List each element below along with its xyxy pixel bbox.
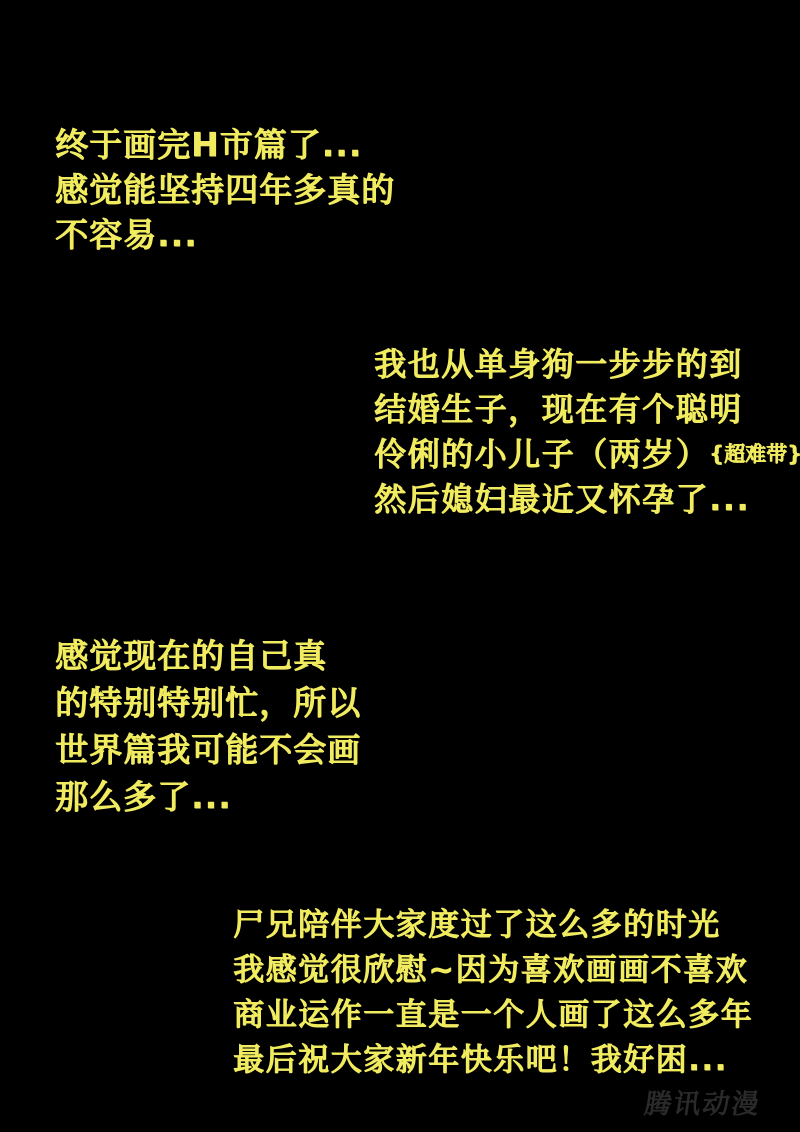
author-note-middle-left: 感觉现在的自己真 的特别特别忙，所以 世界篇我可能不会画 那么多了... <box>55 632 361 820</box>
author-note-middle-right: 我也从单身狗一步步的到 结婚生子，现在有个聪明 伶俐的小儿子（两岁）{超难带} … <box>374 342 800 522</box>
note-line: 尸兄陪伴大家度过了这么多的时光 <box>233 903 753 948</box>
note-line: 结婚生子，现在有个聪明 <box>374 387 800 432</box>
note-line-text: 伶俐的小儿子（两岁） <box>374 435 709 473</box>
note-line: 的特别特别忙，所以 <box>55 679 361 726</box>
note-line: 世界篇我可能不会画 <box>55 726 361 773</box>
publisher-watermark: 腾讯动漫 <box>642 1082 763 1121</box>
note-line: 伶俐的小儿子（两岁）{超难带} <box>374 432 800 477</box>
note-line: 商业运作一直是一个人画了这么多年 <box>233 993 753 1038</box>
note-line: 然后媳妇最近又怀孕了... <box>374 477 800 522</box>
author-note-top-left: 终于画完H市篇了... 感觉能坚持四年多真的 不容易... <box>55 122 395 257</box>
note-line: 那么多了... <box>55 773 361 820</box>
note-inline-annotation: {超难带} <box>709 442 800 466</box>
note-line: 不容易... <box>55 212 395 257</box>
note-line: 最后祝大家新年快乐吧！我好困... <box>233 1038 753 1083</box>
note-line: 我也从单身狗一步步的到 <box>374 342 800 387</box>
note-line: 我感觉很欣慰~因为喜欢画画不喜欢 <box>233 948 753 993</box>
note-line: 感觉现在的自己真 <box>55 632 361 679</box>
comic-author-note-page: 终于画完H市篇了... 感觉能坚持四年多真的 不容易... 我也从单身狗一步步的… <box>0 0 800 1132</box>
note-line: 终于画完H市篇了... <box>55 122 395 167</box>
note-line: 感觉能坚持四年多真的 <box>55 167 395 212</box>
author-note-bottom: 尸兄陪伴大家度过了这么多的时光 我感觉很欣慰~因为喜欢画画不喜欢 商业运作一直是… <box>233 903 753 1083</box>
